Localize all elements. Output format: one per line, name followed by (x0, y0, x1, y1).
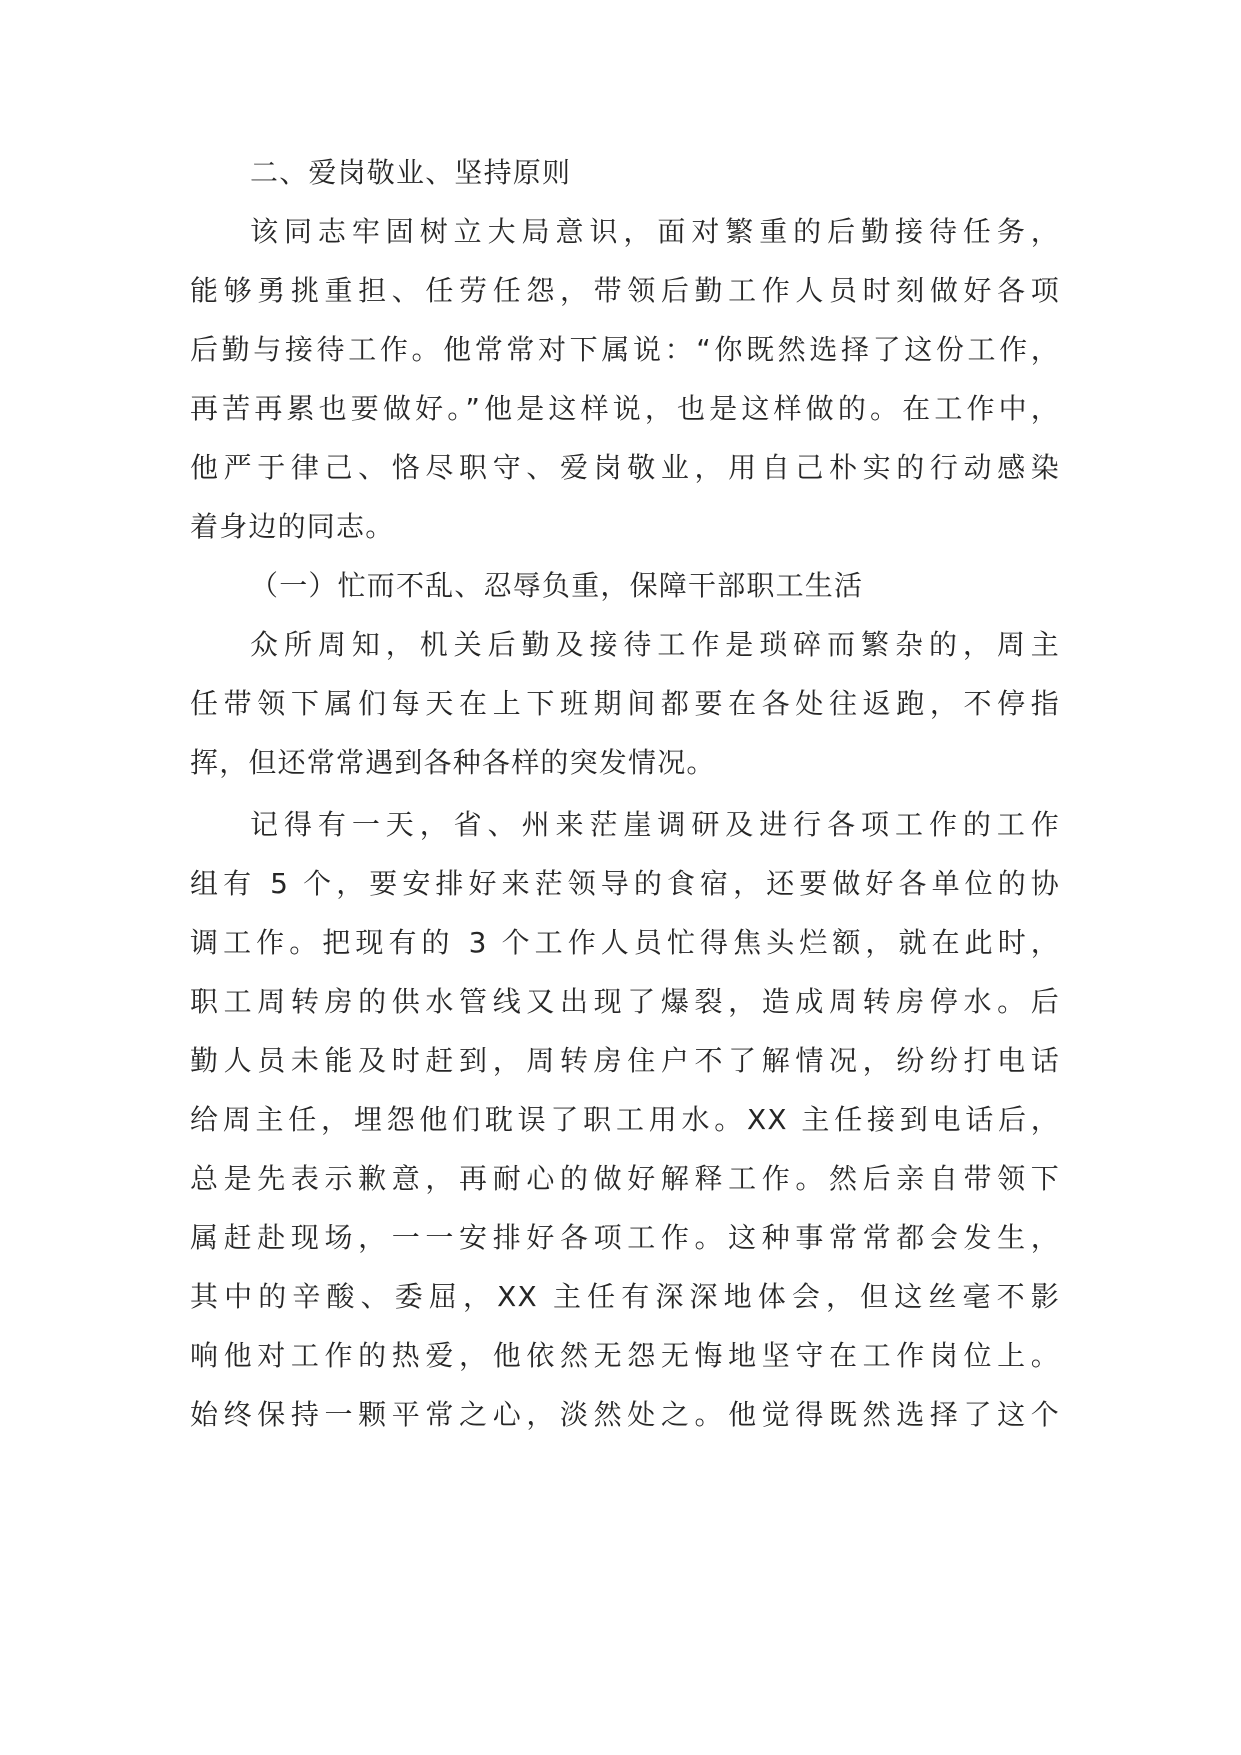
paragraph-line: 后勤与接待工作。他常常对下属说：“你既然选择了这份工作， (190, 325, 1060, 375)
document-page: 二、爱岗敬业、坚持原则 该同志牢固树立大局意识，面对繁重的后勤接待任务， 能够勇… (0, 0, 1241, 1755)
paragraph-line: 总是先表示歉意，再耐心的做好解释工作。然后亲自带领下 (190, 1154, 1060, 1204)
paragraph-line: 再苦再累也要做好。”他是这样说，也是这样做的。在工作中， (190, 384, 1060, 434)
paragraph-line: 着身边的同志。 (190, 502, 1060, 552)
paragraph-line: 他严于律己、恪尽职守、爱岗敬业，用自己朴实的行动感染 (190, 443, 1060, 493)
paragraph-line: 勤人员未能及时赶到，周转房住户不了解情况，纷纷打电话 (190, 1036, 1060, 1086)
paragraph-line: 始终保持一颗平常之心，淡然处之。他觉得既然选择了这个 (190, 1390, 1060, 1440)
paragraph-line: 组有 5 个，要安排好来茫领导的食宿，还要做好各单位的协 (190, 859, 1060, 909)
paragraph-line: 能够勇挑重担、任劳任怨，带领后勤工作人员时刻做好各项 (190, 266, 1060, 316)
paragraph-line: 记得有一天，省、州来茫崖调研及进行各项工作的工作 (250, 800, 1060, 850)
paragraph-line: 属赶赴现场，一一安排好各项工作。这种事常常都会发生， (190, 1213, 1060, 1263)
paragraph-line: 其中的辛酸、委屈，XX 主任有深深地体会，但这丝毫不影 (190, 1272, 1060, 1322)
paragraph-line: 职工周转房的供水管线又出现了爆裂，造成周转房停水。后 (190, 977, 1060, 1027)
paragraph-line: 挥，但还常常遇到各种各样的突发情况。 (190, 738, 1060, 788)
paragraph-line: 该同志牢固树立大局意识，面对繁重的后勤接待任务， (250, 207, 1060, 257)
paragraph-line: 众所周知，机关后勤及接待工作是琐碎而繁杂的，周主 (250, 620, 1060, 670)
paragraph-line: 响他对工作的热爱，他依然无怨无悔地坚守在工作岗位上。 (190, 1331, 1060, 1381)
paragraph-line: 调工作。把现有的 3 个工作人员忙得焦头烂额，就在此时， (190, 918, 1060, 968)
paragraph-line: 给周主任，埋怨他们耽误了职工用水。XX 主任接到电话后， (190, 1095, 1060, 1145)
subsection-heading: （一）忙而不乱、忍辱负重，保障干部职工生活 (250, 561, 1060, 611)
paragraph-line: 任带领下属们每天在上下班期间都要在各处往返跑，不停指 (190, 679, 1060, 729)
section-heading: 二、爱岗敬业、坚持原则 (250, 148, 1060, 198)
